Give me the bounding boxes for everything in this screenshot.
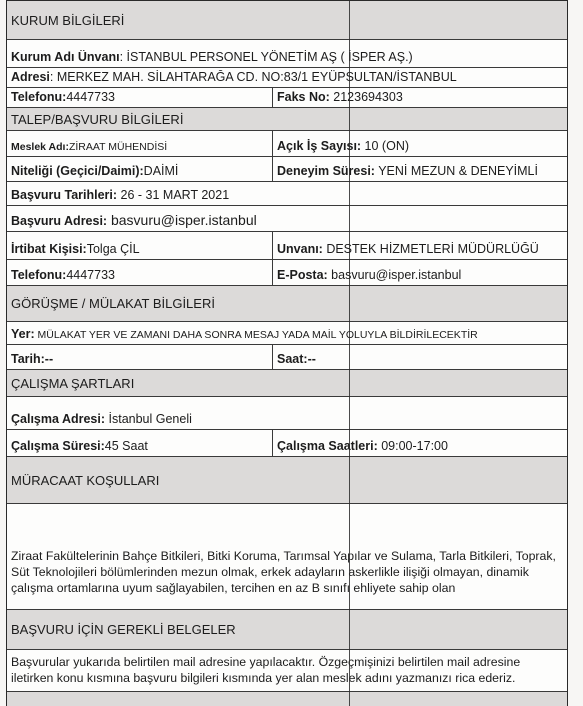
field-value: MÜLAKAT YER VE ZAMANI DAHA SONRA MESAJ Y… xyxy=(35,329,478,341)
requirements-text: Ziraat Fakültelerinin Bahçe Bitkileri, B… xyxy=(7,504,567,596)
field-value: İstanbul Geneli xyxy=(105,412,192,426)
field-label: Faks No: xyxy=(277,90,330,104)
row-talep-contact: İrtibat Kişisi: Tolga ÇİL Unvanı: DESTEK… xyxy=(7,232,567,260)
field-value: 2123694303 xyxy=(330,90,403,104)
section-title: ÇALIŞMA ŞARTLARI xyxy=(7,376,567,391)
section-header-calisma: ÇALIŞMA ŞARTLARI xyxy=(7,370,567,397)
section-header-next xyxy=(7,692,567,706)
field-value: 26 - 31 MART 2021 xyxy=(117,188,229,202)
field-value: : İSTANBUL PERSONEL YÖNETİM AŞ ( İSPER A… xyxy=(120,50,413,64)
field-label: Başvuru Adresi: xyxy=(11,214,107,228)
field-label: Çalışma Adresi: xyxy=(11,412,105,426)
row-calisma-duration-hours: Çalışma Süresi: 45 Saat Çalışma Saatleri… xyxy=(7,430,567,457)
contact-email-link[interactable]: basvuru@isper.istanbul xyxy=(328,268,462,282)
field-label: Çalışma Saatleri: xyxy=(277,439,378,453)
field-value: YENİ MEZUN & DENEYİMLİ xyxy=(375,164,538,178)
row-talep-dates: Başvuru Tarihleri: 26 - 31 MART 2021 xyxy=(7,182,567,206)
field-label: Çalışma Süresi: xyxy=(11,439,105,453)
field-value: DAİMİ xyxy=(144,164,179,178)
apply-email-link[interactable]: basvuru@isper.istanbul xyxy=(107,212,257,228)
field-value: 09:00-17:00 xyxy=(378,439,448,453)
field-label: İrtibat Kişisi: xyxy=(11,242,87,256)
section-title: KURUM BİLGİLERİ xyxy=(7,13,567,28)
field-label: Yer: xyxy=(11,327,35,341)
interview-time: Saat:-- xyxy=(277,352,316,366)
row-talep-phone-email: Telefonu: 4447733 E-Posta: basvuru@isper… xyxy=(7,260,567,286)
row-gorusme-place: Yer: MÜLAKAT YER VE ZAMANI DAHA SONRA ME… xyxy=(7,322,567,345)
row-talep-apply-address: Başvuru Adresi: basvuru@isper.istanbul xyxy=(7,206,567,232)
interview-date: Tarih:-- xyxy=(11,352,53,366)
field-label: E-Posta: xyxy=(277,268,328,282)
section-title: BAŞVURU İÇİN GEREKLİ BELGELER xyxy=(7,622,567,637)
field-value: 10 (ON) xyxy=(361,139,409,153)
field-label: Meslek Adı: xyxy=(11,141,69,153)
section-title: MÜRACAAT KOŞULLARI xyxy=(7,473,567,488)
section-header-kurum: KURUM BİLGİLERİ xyxy=(7,0,567,40)
row-talep-profession: Meslek Adı: ZİRAAT MÜHENDİSİ Açık İş Say… xyxy=(7,131,567,157)
section-header-belgeler: BAŞVURU İÇİN GEREKLİ BELGELER xyxy=(7,610,567,650)
section-header-muracaat: MÜRACAAT KOŞULLARI xyxy=(7,457,567,504)
row-talep-nature: Niteliği (Geçici/Daimi): DAİMİ Deneyim S… xyxy=(7,157,567,182)
field-label: Kurum Adı Ünvanı xyxy=(11,50,120,64)
field-label: Telefonu: xyxy=(11,268,66,282)
field-label: Telefonu: xyxy=(11,90,66,104)
field-value: ZİRAAT MÜHENDİSİ xyxy=(69,141,167,153)
row-kurum-name: Kurum Adı Ünvanı: İSTANBUL PERSONEL YÖNE… xyxy=(7,40,567,68)
field-value: DESTEK HİZMETLERİ MÜDÜRLÜĞÜ xyxy=(323,242,539,256)
field-label: Başvuru Tarihleri: xyxy=(11,188,117,202)
field-label: Deneyim Süresi: xyxy=(277,164,375,178)
row-calisma-address: Çalışma Adresi: İstanbul Geneli xyxy=(7,397,567,430)
row-muracaat-text: Ziraat Fakültelerinin Bahçe Bitkileri, B… xyxy=(7,504,567,610)
field-value: 45 Saat xyxy=(105,439,148,453)
row-belgeler-text: Başvurular yukarıda belirtilen mail adre… xyxy=(7,650,567,692)
row-kurum-contact: Telefonu: 4447733 Faks No: 2123694303 xyxy=(7,88,567,108)
section-header-gorusme: GÖRÜŞME / MÜLAKAT BİLGİLERİ xyxy=(7,286,567,322)
field-value: : MERKEZ MAH. SİLAHTARAĞA CD. NO:83/1 EY… xyxy=(50,70,457,84)
field-label: Niteliği (Geçici/Daimi): xyxy=(11,164,144,178)
field-value: 4447733 xyxy=(66,90,115,104)
section-header-talep: TALEP/BAŞVURU BİLGİLERİ xyxy=(7,108,567,131)
section-title: TALEP/BAŞVURU BİLGİLERİ xyxy=(7,112,567,127)
job-posting-form: KURUM BİLGİLERİ Kurum Adı Ünvanı: İSTANB… xyxy=(6,0,568,706)
scan-artifact-line xyxy=(349,0,350,706)
row-kurum-address: Adresi: MERKEZ MAH. SİLAHTARAĞA CD. NO:8… xyxy=(7,68,567,88)
row-gorusme-datetime: Tarih:-- Saat:-- xyxy=(7,345,567,370)
field-value: 4447733 xyxy=(66,268,115,282)
section-title: GÖRÜŞME / MÜLAKAT BİLGİLERİ xyxy=(7,296,567,311)
field-label: Unvanı: xyxy=(277,242,323,256)
documents-text: Başvurular yukarıda belirtilen mail adre… xyxy=(7,650,567,686)
field-value: Tolga ÇİL xyxy=(87,242,140,256)
field-label: Adresi xyxy=(11,70,50,84)
